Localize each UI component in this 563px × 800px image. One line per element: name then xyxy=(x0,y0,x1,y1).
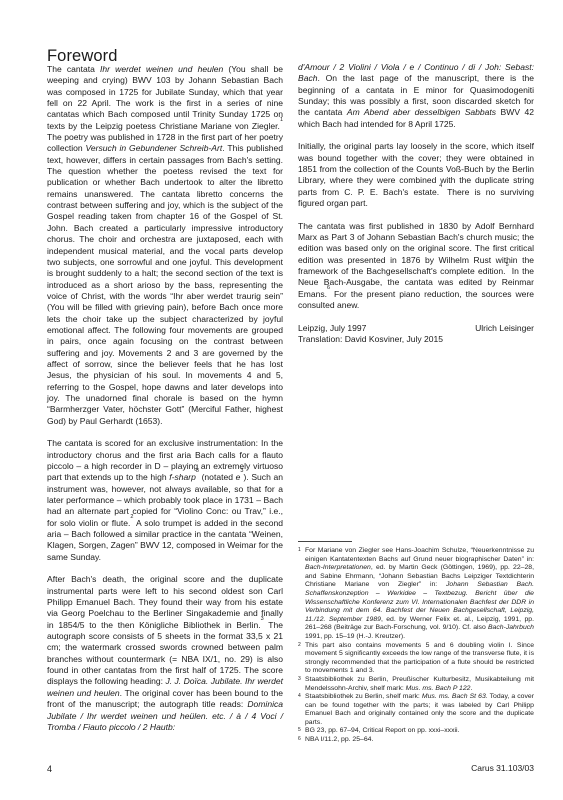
signature-block: Leipzig, July 1997 Ulrich Leisinger Tran… xyxy=(298,323,534,346)
footnote-ref[interactable]: 5 xyxy=(506,262,509,268)
paragraph-parts: Initially, the original parts lay loosel… xyxy=(298,141,534,209)
paragraph-intro: The cantata Ihr werdet weinen und heulen… xyxy=(47,64,283,427)
footnote-ref[interactable]: 4 xyxy=(439,183,442,189)
paragraph-title-cont: d'Amour / 2 Violini / Viola / e / Contin… xyxy=(298,62,534,130)
footnotes: 1For Mariane von Ziegler see Hans-Joachi… xyxy=(298,541,534,745)
footnote-6: 6NBA I/11.2, pp. 25–64. xyxy=(298,736,534,745)
place-date: Leipzig, July 1997 xyxy=(298,323,366,334)
footnote-4: 4Staatsbibliothek zu Berlin, shelf mark:… xyxy=(298,693,534,727)
footnote-ref[interactable]: 2 xyxy=(130,514,133,520)
paragraph-sources: After Bach's death, the original score a… xyxy=(47,574,283,733)
footnote-ref[interactable]: 1 xyxy=(280,117,283,123)
footnote-ref[interactable]: 3 xyxy=(261,616,264,622)
paragraph-instrumentation: The cantata is scored for an exclusive i… xyxy=(47,438,283,563)
footnote-1: 1For Mariane von Ziegler see Hans-Joachi… xyxy=(298,547,534,642)
author-name: Ulrich Leisinger xyxy=(475,323,534,334)
right-column: d'Amour / 2 Violini / Viola / e / Contin… xyxy=(298,62,534,345)
left-column: The cantata Ihr werdet weinen und heulen… xyxy=(47,64,283,733)
paragraph-editions: The cantata was first published in 1830 … xyxy=(298,221,534,312)
footnote-5: 5BG 23, pp. 67–94, Critical Report on pp… xyxy=(298,727,534,736)
footnote-divider xyxy=(298,541,352,542)
translation-credit: Translation: David Kosviner, July 2015 xyxy=(298,334,534,345)
footnote-3: 3Staatsbibliothek zu Berlin, Preußischer… xyxy=(298,676,534,693)
catalog-code: Carus 31.103/03 xyxy=(471,763,534,773)
footnote-ref[interactable]: 6 xyxy=(327,285,330,291)
page-number: 4 xyxy=(47,764,52,774)
footnote-2: 2This part also contains movements 5 and… xyxy=(298,642,534,676)
